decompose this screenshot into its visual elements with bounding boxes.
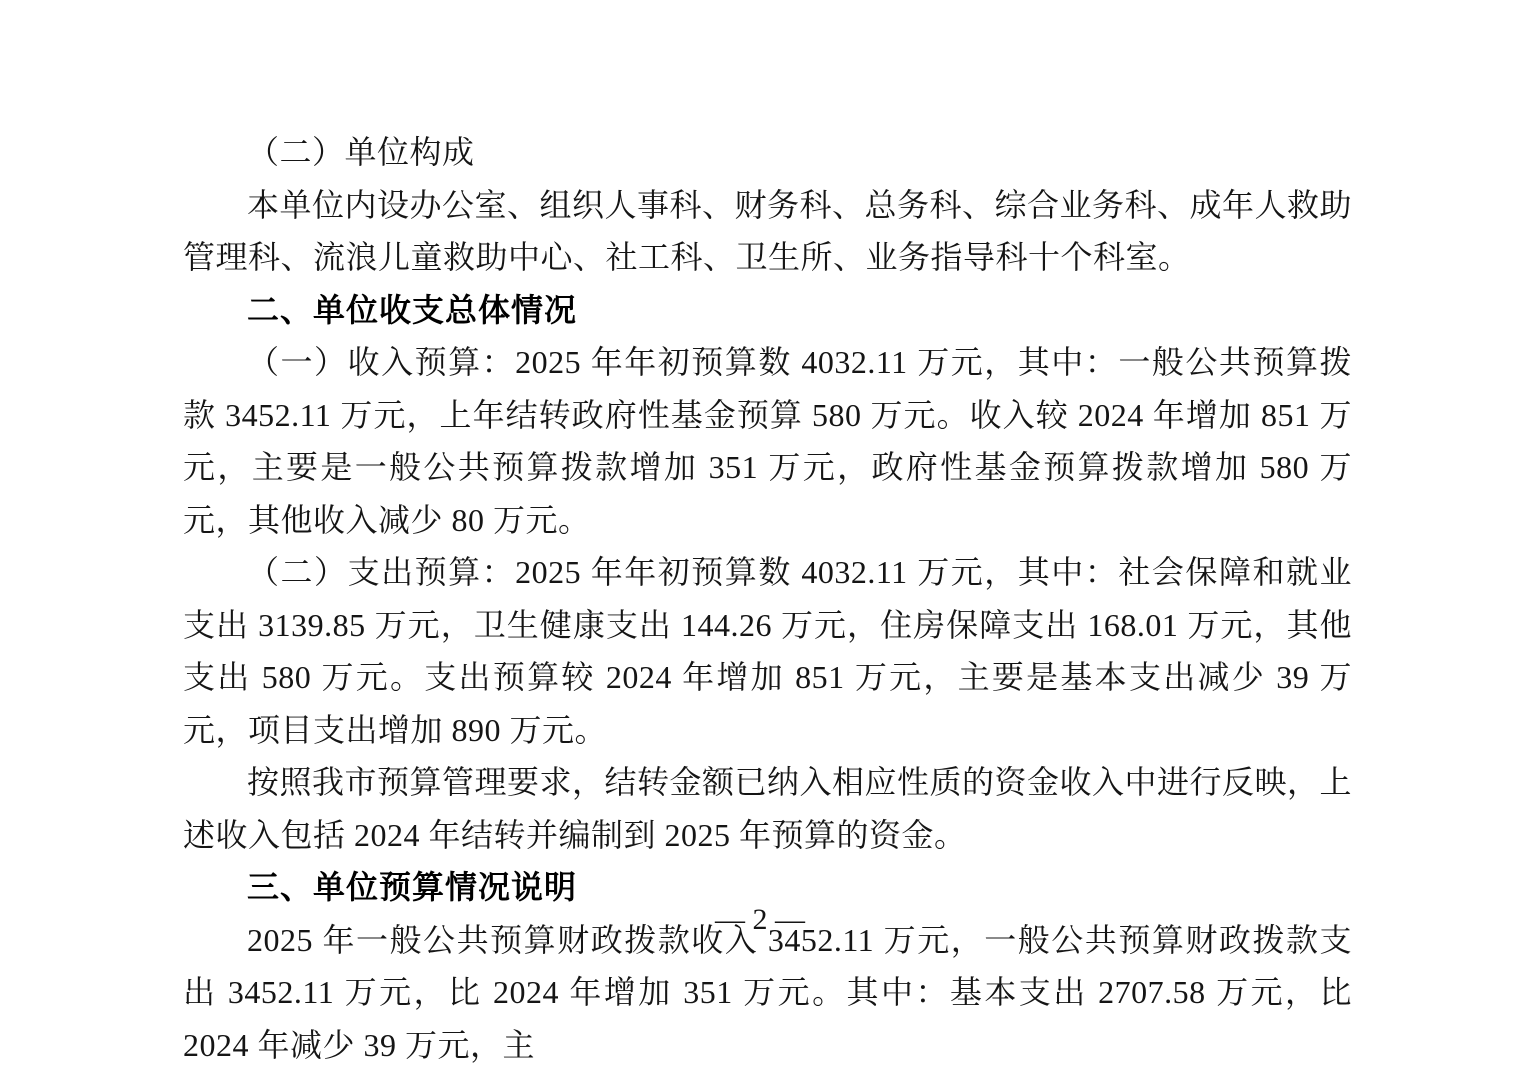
document-page: （二）单位构成 本单位内设办公室、组织人事科、财务科、总务科、综合业务科、成年人… — [0, 0, 1520, 1074]
paragraph-income-budget: （一）收入预算：2025 年年初预算数 4032.11 万元，其中：一般公共预算… — [183, 336, 1352, 546]
paragraph-expenditure-budget: （二）支出预算：2025 年年初预算数 4032.11 万元，其中：社会保障和就… — [183, 546, 1352, 756]
paragraph-unit-composition: 本单位内设办公室、组织人事科、财务科、总务科、综合业务科、成年人救助管理科、流浪… — [183, 179, 1352, 284]
page-number: — 2 — — [0, 903, 1520, 937]
subsection-heading-unit-composition: （二）单位构成 — [183, 126, 1352, 179]
paragraph-general-public-budget: 2025 年一般公共预算财政拨款收入 3452.11 万元，一般公共预算财政拨款… — [183, 914, 1352, 1072]
section-heading-overall-revenue-expenditure: 二、单位收支总体情况 — [183, 284, 1352, 337]
paragraph-carryover-note: 按照我市预算管理要求，结转金额已纳入相应性质的资金收入中进行反映，上述收入包括 … — [183, 756, 1352, 861]
